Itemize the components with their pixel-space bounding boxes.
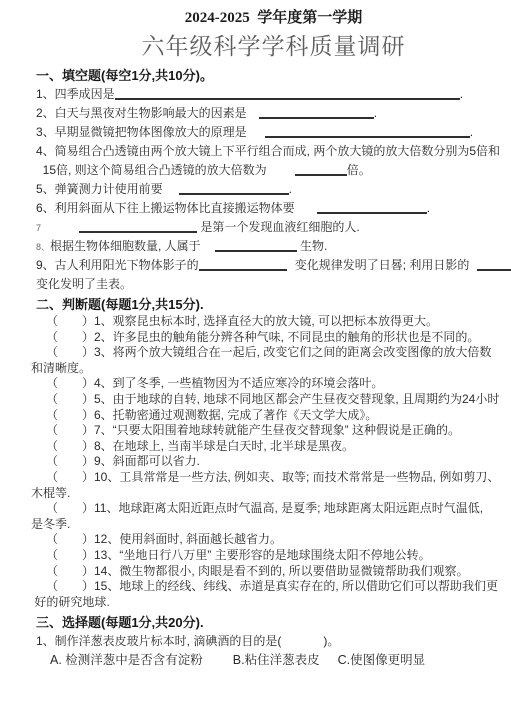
- spacer: [469, 268, 477, 269]
- spacer: [287, 268, 295, 269]
- spacer: [247, 135, 265, 136]
- fill-section-heading: 一、填空题(每空1分,共10分)。: [36, 66, 511, 85]
- answer-blank-line: [115, 86, 460, 100]
- choice-question-1: 1、制作洋葱表皮玻片标本时, 滴碘酒的目的是()。: [36, 632, 511, 650]
- spacer: [247, 116, 259, 117]
- fill-question-line: 5、弹簧测力计使用前要.: [36, 180, 511, 199]
- judge-question-line: （ ）1、观察昆虫标本时, 选择直径大的放大镜, 可以把标本放得更大。: [36, 314, 511, 330]
- exam-paper-page: 2024-2025 学年度第一学期 六年级科学学科质量调研 一、填空题(每空1分…: [0, 0, 511, 712]
- answer-blank-line: [179, 181, 289, 195]
- answer-blank-line: [199, 257, 287, 271]
- answer-blank-line: [259, 105, 374, 119]
- answer-blank-line: [79, 219, 197, 233]
- answer-blank-line: [215, 238, 297, 252]
- choice-option-b: B.粘住洋葱表皮: [233, 653, 320, 667]
- text-segment: )。: [323, 634, 339, 648]
- text-segment: 8、: [36, 242, 50, 252]
- judge-question-wrap-line: 是冬季.: [31, 517, 511, 533]
- fill-question-line: 8、根据生物体细胞数量, 人属于 生物.: [36, 237, 511, 256]
- judge-question-line: （ ）5、由于地球的自转, 地球不同地区都会产生昼夜交替现象, 且周期约为24小…: [36, 392, 511, 408]
- choice-options-row: A. 检测洋葱中是否含有淀粉B.粘住洋葱表皮C.使图像更明显: [36, 651, 511, 669]
- text-segment: 15倍, 则这个简易组合凸透镜的放大倍数为: [36, 163, 267, 177]
- text-segment: .: [460, 87, 463, 101]
- text-segment: 3、早期显微镜把物体图像放大的原理是: [36, 125, 247, 139]
- text-segment: 生物.: [297, 239, 328, 253]
- judge-question-line: （ ）15、地球上的经线、纬线、赤道是真实存在的, 所以借助它们可以帮助我们更: [36, 579, 511, 595]
- judge-question-line: （ ）13、“坐地日行八万里” 主要形容的是地球围绕太阳不停地公转。: [36, 548, 511, 564]
- answer-blank-line: [317, 200, 427, 214]
- spacer: [295, 211, 317, 212]
- text-segment: 是第一个发现血液红细胞的人.: [197, 220, 360, 234]
- choice-option-a: A. 检测洋葱中是否含有淀粉: [50, 653, 203, 667]
- text-segment: .: [470, 125, 473, 139]
- fill-question-line: 变化发明了圭表。: [36, 275, 511, 294]
- exam-term-title: 2024-2025 学年度第一学期: [36, 8, 511, 28]
- judge-question-line: （ ）7、“只要太阳围着地球转就能产生昼夜交替现象” 这种假说是正确的。: [36, 423, 511, 439]
- exam-main-title: 六年级科学学科质量调研: [36, 32, 511, 62]
- text-segment: 倍。: [347, 163, 371, 177]
- judge-section-heading: 二、判断题(每题1分,共15分).: [36, 296, 511, 314]
- fill-question-line: 15倍, 则这个简易组合凸透镜的放大倍数为倍。: [36, 161, 511, 180]
- fill-section-body: 1、四季成因是.2、白天与黑夜对生物影响最大的因素是.3、早期显微镜把物体图像放…: [36, 85, 511, 294]
- judge-question-line: （ ）9、斜面都可以省力.: [36, 454, 511, 470]
- fill-question-line: 4、简易组合凸透镜由两个放大镜上下平行组合而成, 两个放大镜的放大倍数分别为5倍…: [36, 142, 511, 161]
- text-segment: 根据生物体细胞数量, 人属于: [50, 239, 201, 253]
- answer-blank-line: [265, 124, 470, 138]
- judge-question-line: （ ）10、工具常常是一些方法, 例如夹、取等; 而技术常常是一些物品, 例如剪…: [36, 470, 511, 486]
- text-segment: .: [374, 106, 377, 120]
- text-segment: 5、弹簧测力计使用前要: [36, 182, 163, 196]
- judge-question-line: （ ）8、在地球上, 当南半球是白天时, 北半球是黑夜。: [36, 439, 511, 455]
- spacer: [267, 173, 295, 174]
- text-segment: 4、简易组合凸透镜由两个放大镜上下平行组合而成, 两个放大镜的放大倍数分别为5倍…: [36, 144, 500, 158]
- judge-question-wrap-line: 和清晰度。: [31, 361, 511, 377]
- judge-question-line: （ ）11、地球距离太阳近距点时气温高, 是夏季; 地球距离太阳远距点时气温低,: [36, 501, 511, 517]
- fill-question-line: 2、白天与黑夜对生物影响最大的因素是.: [36, 104, 511, 123]
- spacer: [163, 192, 179, 193]
- text-segment: .: [289, 182, 292, 196]
- text-segment: 1、四季成因是: [36, 87, 115, 101]
- text-segment: 1、制作洋葱表皮玻片标本时, 滴碘酒的目的是(: [36, 634, 281, 648]
- answer-blank-line: [295, 162, 347, 176]
- judge-section-body: （ ）1、观察昆虫标本时, 选择直径大的放大镜, 可以把标本放得更大。（ ）2、…: [36, 314, 511, 610]
- fill-question-line: 7 是第一个发现血液红细胞的人.: [36, 218, 511, 237]
- judge-question-line: （ ）2、许多昆虫的触角能分辨各种气味, 不同昆虫的触角的形状也是不同的。: [36, 330, 511, 346]
- text-segment: 变化发明了圭表。: [36, 277, 132, 291]
- judge-question-line: （ ）6、托勒密通过观测数据, 完成了著作《天文学大成》。: [36, 408, 511, 424]
- spacer: [41, 230, 79, 231]
- text-segment: 7: [36, 223, 41, 233]
- fill-question-line: 9、古人利用阳光下物体影子的变化规律发明了日晷; 利用日影的: [36, 256, 511, 275]
- judge-question-wrap-line: 木棍等.: [31, 486, 511, 502]
- text-segment: 2、白天与黑夜对生物影响最大的因素是: [36, 106, 247, 120]
- text-segment: .: [427, 201, 430, 215]
- fill-question-line: 1、四季成因是.: [36, 85, 511, 104]
- judge-question-line: （ ）14、微生物都很小, 肉眼是看不到的, 所以要借助显微镜帮助我们观察。: [36, 564, 511, 580]
- text-segment: 6、利用斜面从下往上搬运物体比直接搬运物体要: [36, 201, 295, 215]
- text-segment: 变化规律发明了日晷; 利用日影的: [295, 258, 470, 272]
- judge-question-line: （ ）3、将两个放大镜组合在一起后, 改变它们之间的距离会改变图像的放大倍数: [36, 345, 511, 361]
- fill-question-line: 6、利用斜面从下往上搬运物体比直接搬运物体要.: [36, 199, 511, 218]
- choice-option-c: C.使图像更明显: [338, 653, 426, 667]
- judge-question-line: （ ）12、使用斜面时, 斜面越长越省力。: [36, 532, 511, 548]
- fill-question-line: 3、早期显微镜把物体图像放大的原理是.: [36, 123, 511, 142]
- choice-section-heading: 三、选择题(每题1分,共20分).: [36, 614, 511, 632]
- spacer: [201, 249, 215, 250]
- answer-blank-line: [477, 257, 511, 271]
- judge-question-wrap-line: 好的研究地球.: [31, 595, 511, 611]
- spacer: [281, 644, 323, 645]
- text-segment: 9、古人利用阳光下物体影子的: [36, 258, 199, 272]
- judge-question-line: （ ）4、到了冬季, 一些植物因为不适应寒冷的环境会落叶。: [36, 376, 511, 392]
